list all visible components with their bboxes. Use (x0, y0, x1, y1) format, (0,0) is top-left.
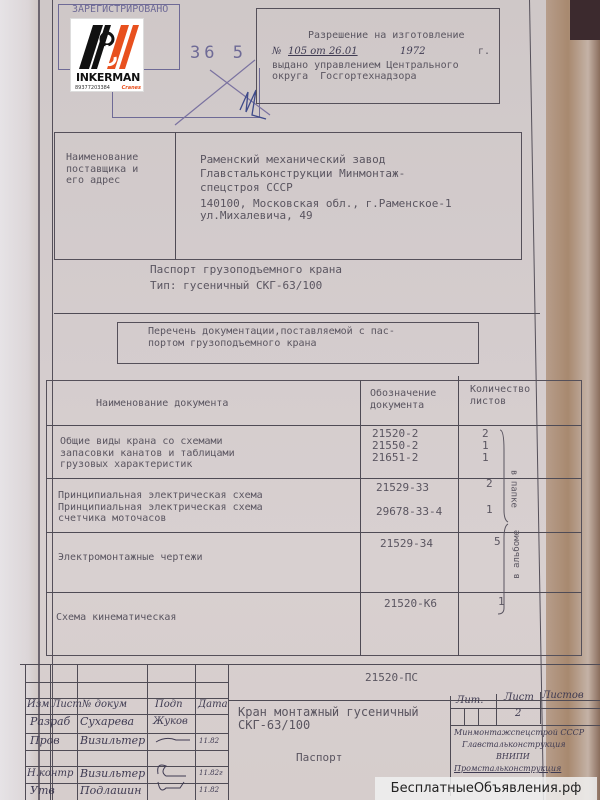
tb-col-1 (50, 664, 51, 800)
row3-name: Электромонтажные чертежи (58, 552, 203, 564)
signer1-sign: Жуков (153, 716, 188, 728)
title-block-doc-code: 21520-ПС (365, 672, 418, 685)
row4-name: Схема кинематическая (56, 612, 176, 624)
supplier-line-1: Раменский механический завод (200, 154, 385, 167)
tb-org-top (450, 725, 600, 726)
side-note-album: в альбоме (512, 530, 522, 579)
passport-title: Паспорт грузоподъемного крана (150, 264, 342, 277)
watermark: БесплатныеОбъявления.рф (375, 777, 597, 800)
org-line-2: Главстальконструкция (462, 740, 566, 749)
supplier-label: Наименование поставщика и его адрес (66, 152, 138, 187)
sheet-label: Лист (504, 692, 534, 704)
signer2-role: Пров (30, 735, 60, 748)
supplier-divider (175, 132, 176, 260)
side-note-folder: в папке (508, 470, 518, 508)
tb-lit-row (450, 708, 600, 709)
signer4-role: Н.контр (27, 768, 73, 780)
doc-list-header: Перечень документации,поставляемой с пас… (148, 326, 395, 349)
passport-type: Тип: гусеничный СКГ-63/100 (150, 280, 322, 293)
supplier-line-2: Главстальконструкции Минмонтаж- (200, 168, 405, 181)
logo-tag: Cranes (122, 85, 141, 91)
tb-lit-cell2 (478, 708, 479, 726)
row2-sheets2: 1 (486, 504, 493, 517)
signer1-role: Разраб (30, 716, 70, 729)
row2-code1: 21529-33 (376, 482, 429, 495)
tb-header-date: Дата (198, 699, 228, 711)
sheet-value: 2 (515, 708, 521, 720)
row2-code2: 29678-33-4 (376, 506, 442, 519)
doc-type: Паспорт (296, 752, 342, 765)
tb-col-5 (228, 664, 229, 800)
permission-number: 105 от 26.01 (288, 46, 358, 58)
signatures-icon (150, 730, 198, 798)
col-divider-1 (360, 380, 361, 656)
tb-col-2 (77, 664, 78, 800)
supplier-line-3: спецстроя СССР (200, 182, 293, 195)
col-header-code: Обозначение документа (370, 388, 436, 411)
title-block-top (20, 664, 600, 665)
tb-row-a (25, 682, 228, 683)
logo-subline: 89377203384 Cranes (75, 85, 141, 91)
tb-col-0 (25, 664, 26, 800)
permission-year: 1972 (400, 46, 425, 58)
permission-line4: округа Госгортехнадзора (272, 71, 417, 83)
inkerman-logo: INKERMAN 89377203384 Cranes (70, 18, 144, 92)
row1-name: Общие виды крана со схемами запасовки ка… (60, 436, 235, 471)
org-line-1: Минмонтажспецстрой СССР (454, 728, 584, 737)
product-name: Кран монтажный гусеничный СКГ-63/100 (238, 706, 419, 731)
tb-col-3 (147, 664, 148, 800)
col-divider-2 (458, 376, 459, 656)
row1-code3: 21651-2 (372, 452, 418, 465)
permission-line3: выдано управлением Центрального (272, 60, 459, 72)
background-corner (570, 0, 600, 40)
signer5-date: 11.82 (199, 786, 219, 794)
grouping-braces-icon (494, 426, 534, 616)
signer2-name: Визильтер (80, 735, 145, 748)
signer1-name: Сухарева (80, 716, 134, 729)
row3-code: 21529-34 (380, 538, 433, 551)
org-line-4: Промстальконструкция (454, 764, 561, 773)
passport-underline (54, 313, 540, 314)
signer4-date: 11.82г (199, 769, 223, 777)
row1-sheets3: 1 (482, 452, 489, 465)
permission-line1: Разрешение на изготовление (308, 30, 465, 42)
logo-phone: 89377203384 (75, 85, 110, 91)
row4-code: 21520-К6 (384, 598, 437, 611)
crane-hook-logo-icon (77, 23, 139, 69)
stamp-title: ЗАРЕГИСТРИРОВАНО (72, 4, 168, 16)
tb-header-doc: № докум (82, 699, 127, 711)
tb-lit-cell1 (464, 708, 465, 726)
col-header-sheets: Количество листов (470, 384, 530, 407)
signer5-role: Утв (30, 785, 55, 798)
col-header-name: Наименование документа (96, 398, 228, 410)
lit-label: Лит. (456, 695, 483, 707)
row2-name: Принципиальная электрическая схема Принц… (58, 490, 263, 525)
tb-header-sign: Подп (155, 699, 183, 711)
supplier-line-5: ул.Михалевича, 49 (200, 210, 313, 223)
signer2-date: 11.82 (199, 737, 219, 745)
tb-header-izm: Изм (27, 699, 49, 711)
logo-name: INKERMAN (73, 71, 143, 84)
permission-suffix: г. (478, 46, 490, 58)
permission-no-prefix: № (272, 46, 281, 58)
signer4-name: Визильтер (80, 768, 145, 781)
row2-sheets1: 2 (486, 478, 493, 491)
sheets-label: Листов (542, 690, 584, 702)
background-left (0, 0, 40, 800)
signer5-name: Подлашин (80, 785, 142, 798)
tb-lit-divider (496, 694, 497, 726)
tb-header-list: Лист (52, 699, 82, 711)
org-line-3: ВНИПИ (496, 752, 530, 761)
